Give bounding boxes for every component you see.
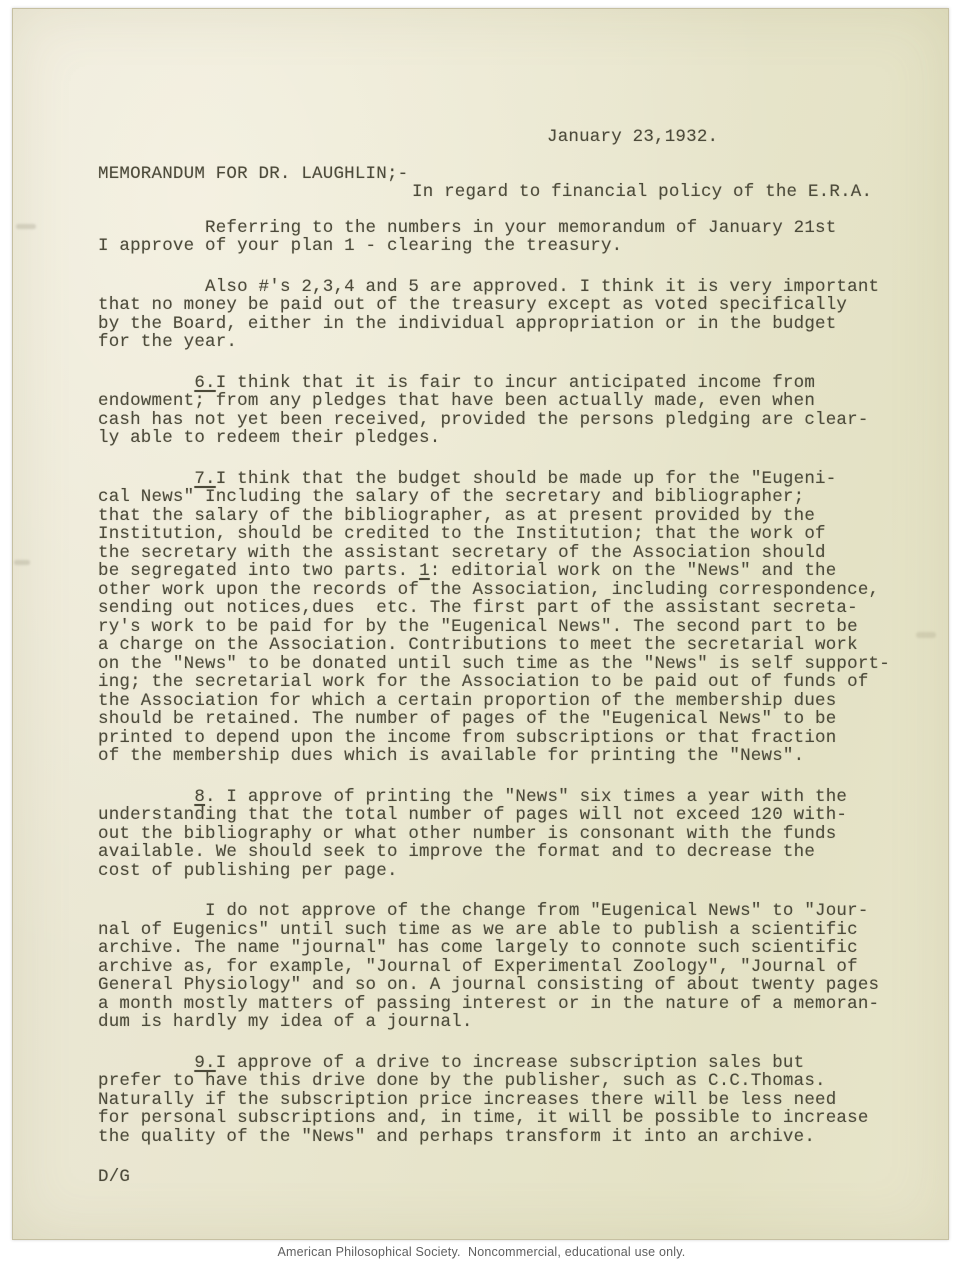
paragraph-text <box>98 469 194 489</box>
memo-paragraph: 9.I approve of a drive to increase subsc… <box>98 1054 922 1147</box>
underlined-item-number: 9. <box>194 1053 215 1073</box>
memo-paragraph: 6.I think that it is fair to incur antic… <box>98 374 922 448</box>
memo-paragraph: 8. I approve of printing the "News" six … <box>98 788 922 881</box>
memo-body: Referring to the numbers in your memoran… <box>98 219 922 1147</box>
paragraph-text <box>98 1053 194 1073</box>
scan-smudge <box>916 632 936 638</box>
memo-paragraph: 7.I think that the budget should be made… <box>98 470 922 766</box>
scanned-memo-page: { "document": { "date": "January 23,1932… <box>0 0 963 1262</box>
underlined-item-number: 8 <box>194 787 205 807</box>
memo-document: January 23,1932. MEMORANDUM FOR DR. LAUG… <box>12 8 949 1240</box>
memo-paragraph: Also #'s 2,3,4 and 5 are approved. I thi… <box>98 278 922 352</box>
scan-smudge <box>14 560 30 565</box>
paragraph-text: . I approve of printing the "News" six t… <box>98 787 847 881</box>
typist-initials: D/G <box>98 1168 922 1187</box>
paragraph-text: Also #'s 2,3,4 and 5 are approved. I thi… <box>98 277 879 353</box>
memo-paragraph: Referring to the numbers in your memoran… <box>98 219 922 256</box>
paragraph-text: I do not approve of the change from "Eug… <box>98 901 879 1032</box>
memo-paragraph: I do not approve of the change from "Eug… <box>98 902 922 1032</box>
memo-subject: In regard to financial policy of the E.R… <box>412 183 922 202</box>
underlined-item-number: 1 <box>419 561 430 581</box>
underlined-item-number: 6. <box>194 373 215 393</box>
memo-header: MEMORANDUM FOR DR. LAUGHLIN;- In regard … <box>98 165 922 202</box>
paragraph-text <box>98 373 194 393</box>
paragraph-text: : editorial work on the "News" and the o… <box>98 561 890 766</box>
paragraph-text: Referring to the numbers in your memoran… <box>98 218 836 257</box>
archive-credit: American Philosophical Society. Noncomme… <box>0 1245 963 1259</box>
underlined-item-number: 7. <box>194 469 215 489</box>
scan-smudge <box>16 224 36 229</box>
paragraph-text <box>98 787 194 807</box>
memo-salutation: MEMORANDUM FOR DR. LAUGHLIN;- <box>98 165 922 184</box>
memo-date: January 23,1932. <box>547 128 922 147</box>
